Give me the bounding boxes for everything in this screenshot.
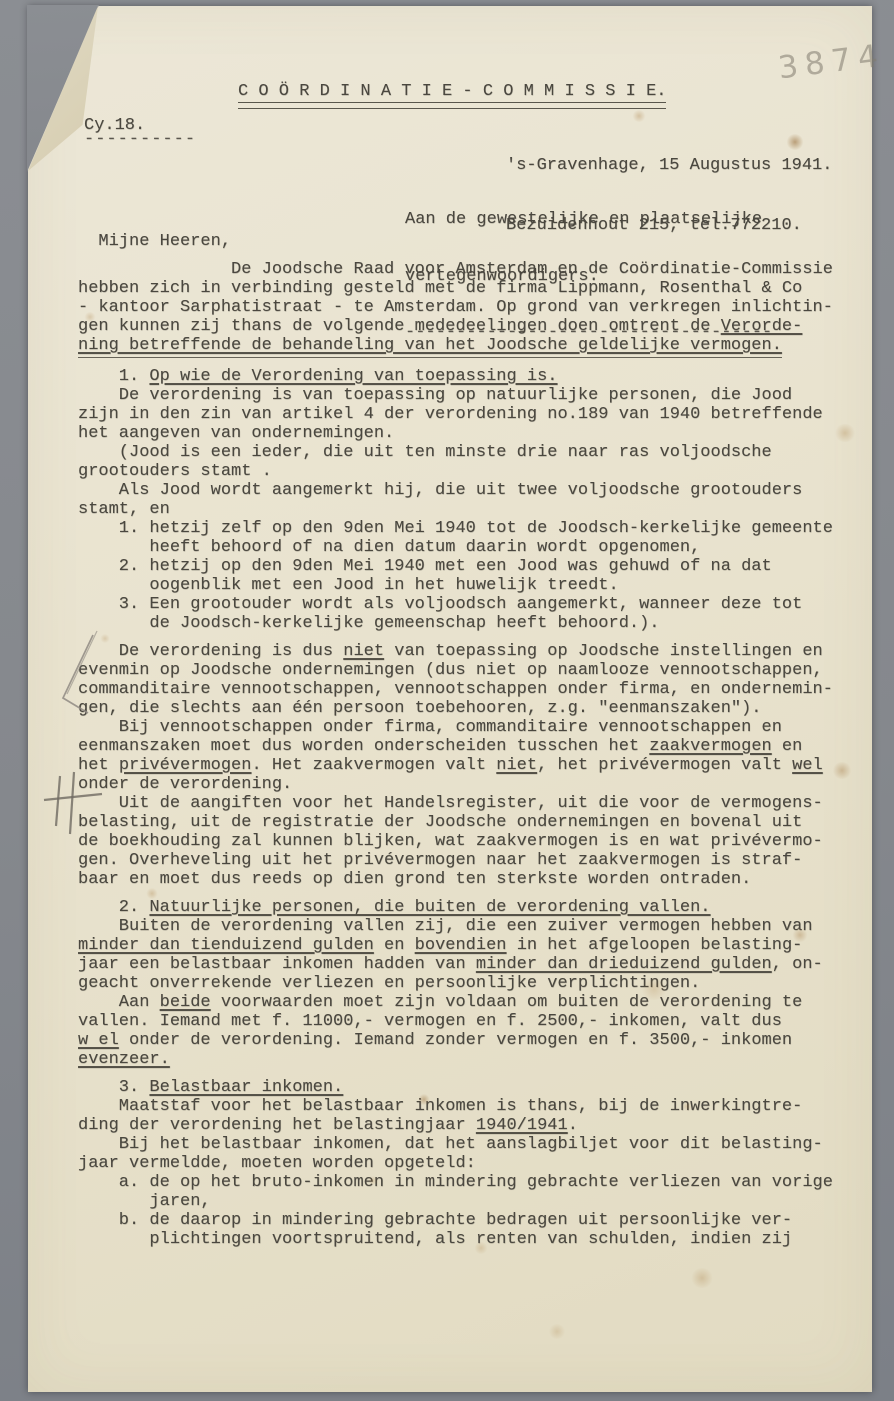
text-line: Bij het belastbaar inkomen, dat het aans… [78, 1135, 864, 1154]
blank-line [78, 251, 864, 260]
text-line: De verordening is dus niet van toepassin… [78, 642, 864, 661]
text-line: heeft behoord of na dien datum daarin wo… [78, 538, 864, 557]
text-line: evenmin op Joodsche ondernemingen (dus n… [78, 661, 864, 680]
text-line: baar en moet dus reeds op dien grond ten… [78, 870, 864, 889]
text-line: w el onder de verordening. Iemand zonder… [78, 1031, 864, 1050]
text-line: grootouders stamt . [78, 462, 864, 481]
text-line: Maatstaf voor het belastbaar inkomen is … [78, 1097, 864, 1116]
text-line: onder de verordening. [78, 775, 864, 794]
handwritten-archive-number: 3874 [776, 38, 886, 87]
blank-line [78, 358, 864, 367]
text-line: eenmanszaken moet dus worden onderscheid… [78, 737, 864, 756]
text-line: evenzeer. [78, 1050, 864, 1069]
text-line: het aangeven van ondernemingen. [78, 424, 864, 443]
text-line: jaar een belastbaar inkomen hadden van m… [78, 955, 864, 974]
text-line: Buiten de verordening vallen zij, die ee… [78, 917, 864, 936]
text-line: geacht onverrekende verliezen en persoon… [78, 974, 864, 993]
text-line: Aan beide voorwaarden moet zijn voldaan … [78, 993, 864, 1012]
text-line: 3. Een grootouder wordt als voljoodsch a… [78, 595, 864, 614]
text-line: ding der verordening het belastingjaar 1… [78, 1116, 864, 1135]
blank-line [78, 633, 864, 642]
document-page: 3874 C O Ö R D I N A T I E - C O M M I S… [28, 6, 872, 1392]
text-line: het privévermogen. Het zaakvermogen valt… [78, 756, 864, 775]
reference-underline: ---------- [84, 130, 196, 149]
text-line: De Joodsche Raad voor Amsterdam en de Co… [78, 260, 864, 279]
text-line: vallen. Iemand met f. 11000,- vermogen e… [78, 1012, 864, 1031]
text-line: zijn in den zin van artikel 4 der verord… [78, 405, 864, 424]
text-line: b. de daarop in mindering gebrachte bedr… [78, 1211, 864, 1230]
text-line: de boekhouding zal kunnen blijken, wat z… [78, 832, 864, 851]
text-line: 1. Op wie de Verordening van toepassing … [78, 367, 864, 386]
text-line: (Jood is een ieder, die uit ten minste d… [78, 443, 864, 462]
document-body: Mijne Heeren, De Joodsche Raad voor Amst… [78, 232, 864, 1249]
text-line: De verordening is van toepassing op natu… [78, 386, 864, 405]
scan-background: { "colors": { "background": "#85888d", "… [0, 0, 894, 1401]
text-line: commanditaire vennootschappen, vennootsc… [78, 680, 864, 699]
text-line: 2. hetzij op den 9den Mei 1940 met een J… [78, 557, 864, 576]
text-line: Uit de aangiften voor het Handelsregiste… [78, 794, 864, 813]
reference-number: Cy.18. ---------- [84, 116, 196, 149]
text-line: jaar vermeldde, moeten worden opgeteld: [78, 1154, 864, 1173]
stain [548, 1324, 566, 1339]
text-line: stamt, en [78, 500, 864, 519]
text-line: jaren, [78, 1192, 864, 1211]
text-line: plichtingen voortspruitend, als renten v… [78, 1230, 864, 1249]
document-title: C O Ö R D I N A T I E - C O M M I S S I … [238, 82, 666, 109]
text-line: minder dan tienduizend gulden en bovendi… [78, 936, 864, 955]
text-line: gen kunnen zij thans de volgende mededee… [78, 317, 864, 336]
recipient-line-1: Aan de gewestelijke en plaatselijke [405, 210, 772, 229]
pencil-angle-bracket-mark [56, 628, 108, 728]
text-line: belasting, uit de registratie der Joodsc… [78, 813, 864, 832]
text-line: a. de op het bruto-inkomen in mindering … [78, 1173, 864, 1192]
text-line: Als Jood wordt aangemerkt hij, die uit t… [78, 481, 864, 500]
text-line: 3. Belastbaar inkomen. [78, 1078, 864, 1097]
stain [690, 1268, 714, 1288]
text-line: ning betreffende de behandeling van het … [78, 336, 864, 358]
blank-line [78, 1069, 864, 1078]
text-line: 2. Natuurlijke personen, die buiten de v… [78, 898, 864, 917]
text-line: gen. Overheveling uit het privévermogen … [78, 851, 864, 870]
text-line: Bij vennootschappen onder firma, command… [78, 718, 864, 737]
text-line: Mijne Heeren, [78, 232, 864, 251]
text-line: oogenblik met een Jood in het huwelijk t… [78, 576, 864, 595]
text-line: de Joodsch-kerkelijke gemeenschap heeft … [78, 614, 864, 633]
text-line: - kantoor Sarphatistraat - te Amsterdam.… [78, 298, 864, 317]
text-line: gen, die slechts aan één persoon toebeho… [78, 699, 864, 718]
document-title-text: C O Ö R D I N A T I E - C O M M I S S I … [238, 82, 666, 103]
pencil-double-strike-mark [42, 766, 112, 846]
text-line: hebben zich in verbinding gesteld met de… [78, 279, 864, 298]
blank-line [78, 889, 864, 898]
text-line: 1. hetzij zelf op den 9den Mei 1940 tot … [78, 519, 864, 538]
